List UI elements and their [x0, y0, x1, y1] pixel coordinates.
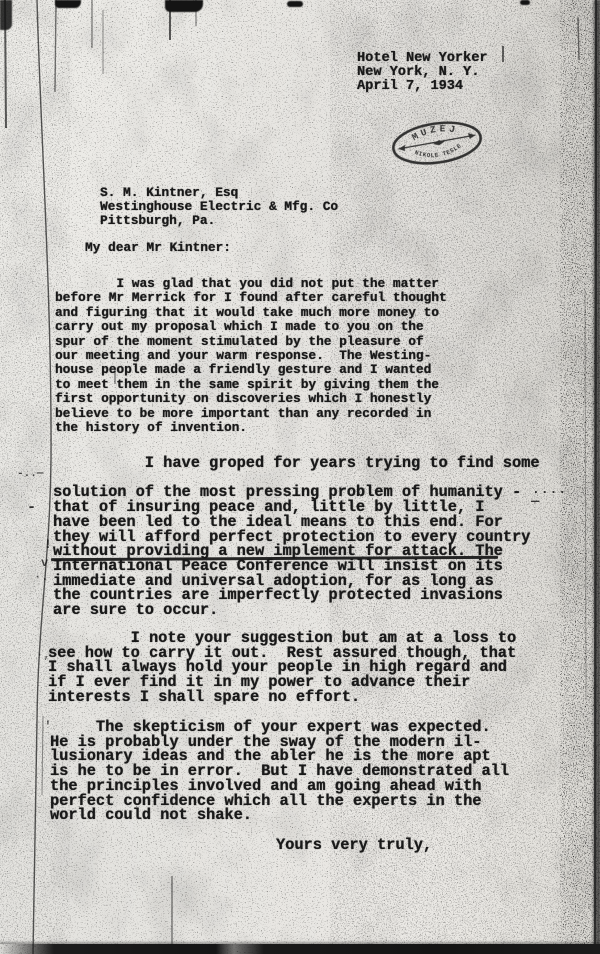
paragraph-1: I was glad that you did not put the matt… — [55, 277, 447, 435]
margin-mark: ' — [44, 719, 52, 734]
margin-mark: ·, — [36, 648, 50, 662]
margin-mark: — — [531, 494, 539, 510]
recipient-address: S. M. Kintner, Esq Westinghouse Electric… — [100, 186, 338, 227]
scan-blob — [287, 1, 303, 7]
scan-blob — [0, 0, 12, 30]
paragraph-2: I have groped for years trying to find s… — [53, 456, 540, 618]
margin-mark: v — [41, 556, 48, 570]
scan-blob — [165, 0, 203, 12]
margin-mark: - — [27, 499, 36, 516]
margin-mark: ·. — [34, 570, 48, 584]
museum-stamp: MUZEJ NIKOLE TESLE — [386, 111, 488, 176]
paragraph-4: The skepticism of your expert was expect… — [50, 720, 509, 823]
scan-blob — [520, 0, 530, 5]
letterhead: Hotel New Yorker New York, N. Y. April 7… — [357, 52, 488, 94]
margin-mark: -..— — [17, 468, 43, 480]
paragraph-3: I note your suggestion but am at a loss … — [48, 631, 516, 705]
margin-mark: ! — [44, 537, 52, 552]
scan-blob — [55, 0, 81, 8]
scan-edge-right — [591, 0, 600, 954]
salutation: My dear Mr Kintner: — [85, 241, 231, 255]
scan-edge-bottom — [0, 944, 600, 954]
closing: Yours very truly, — [276, 838, 432, 853]
scanned-letter-page: Hotel New Yorker New York, N. Y. April 7… — [0, 0, 600, 954]
